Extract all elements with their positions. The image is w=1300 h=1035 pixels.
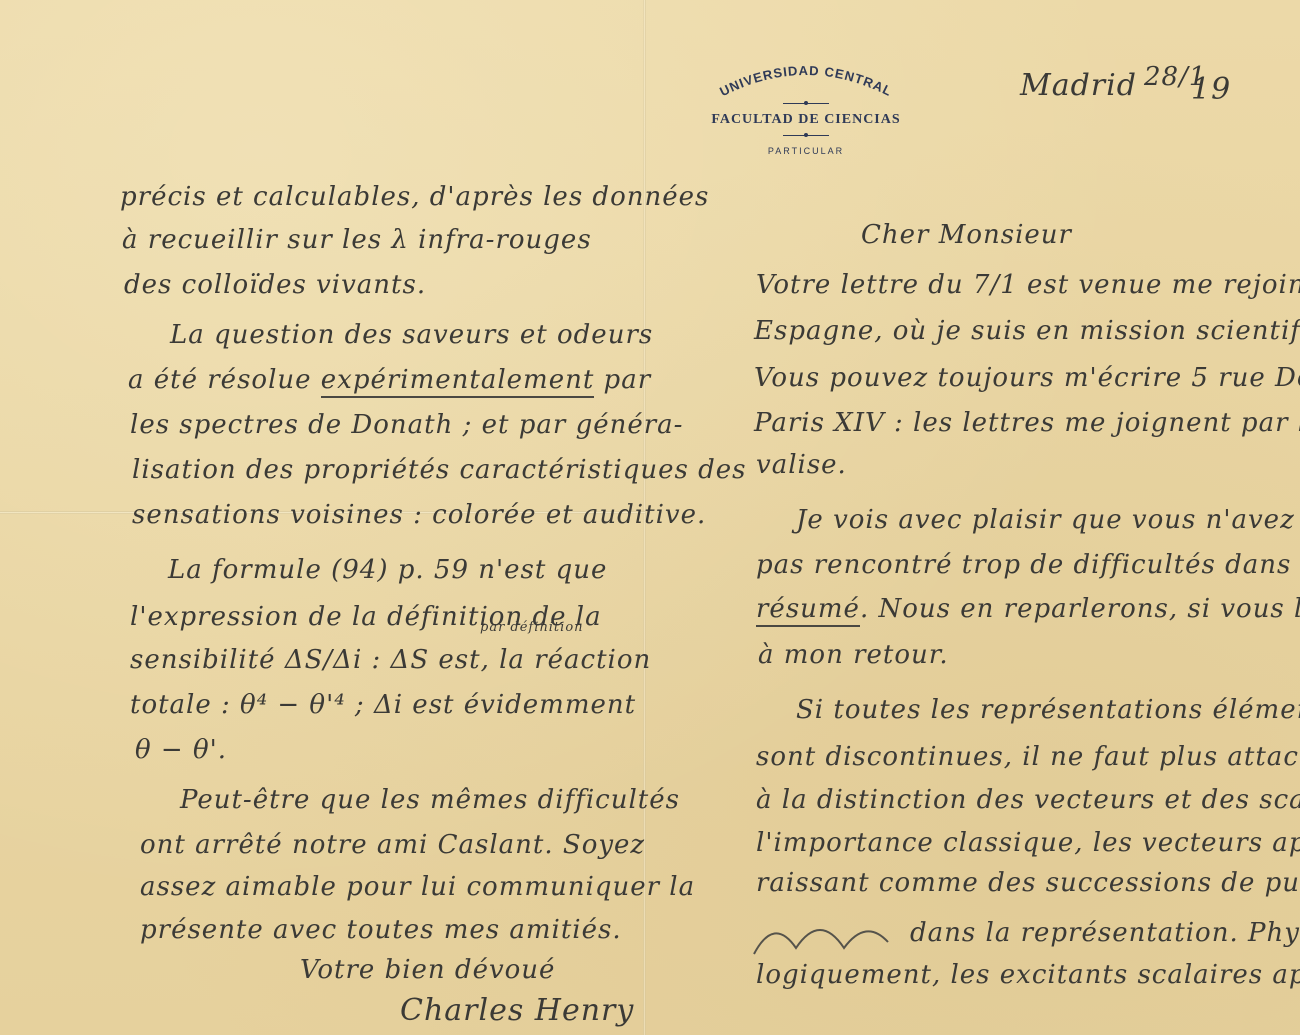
pulsation-arcs-sketch xyxy=(752,918,892,958)
dateline-year: 19 xyxy=(1191,72,1231,107)
left-line-11: sensibilité ΔS/Δi : ΔS est, la réaction xyxy=(130,645,651,675)
salutation: Cher Monsieur xyxy=(861,220,1072,250)
right-page: UNIVERSIDAD CENTRAL FACULTAD DE CIENCIAS… xyxy=(646,0,1300,1035)
right-line-8: résumé. Nous en reparlerons, si vous le … xyxy=(756,594,1300,624)
left-line-5-start: a été résolue xyxy=(128,365,321,395)
left-line-17: présente avec toutes mes amitiés. xyxy=(140,915,622,945)
right-line-3: Vous pouvez toujours m'écrire 5 rue Dela… xyxy=(754,363,1300,393)
right-line-12: à la distinction des vecteurs et des sca… xyxy=(756,785,1300,815)
right-line-16: logiquement, les excitants scalaires app… xyxy=(756,960,1300,990)
left-line-16: assez aimable pour lui communiquer la xyxy=(140,872,695,902)
right-line-5: valise. xyxy=(756,450,847,480)
right-line-8-end: . Nous en reparlerons, si vous le voulez… xyxy=(860,594,1300,624)
left-line-4: La question des saveurs et odeurs xyxy=(170,320,653,350)
left-line-5-end: par xyxy=(594,365,651,395)
right-line-13: l'importance classique, les vecteurs app… xyxy=(756,828,1300,858)
left-line-12: totale : θ⁴ − θ'⁴ ; Δi est évidemment xyxy=(130,690,636,720)
left-line-15: ont arrêté notre ami Caslant. Soyez xyxy=(140,830,645,860)
left-page: précis et calculables, d'après les donné… xyxy=(0,0,643,1035)
left-line-6: les spectres de Donath ; et par généra- xyxy=(130,410,683,440)
letterhead-faculty: FACULTAD DE CIENCIAS xyxy=(706,112,906,128)
letterhead-note: PARTICULAR xyxy=(706,146,906,156)
dateline-place: Madrid xyxy=(1020,68,1137,103)
signature: Charles Henry xyxy=(400,993,634,1028)
letter-sheet: précis et calculables, d'après les donné… xyxy=(0,0,1300,1035)
underlined-word-experimentalement: expérimentalement xyxy=(321,365,595,398)
interlinear-note: par définition xyxy=(480,620,584,635)
left-line-14: Peut-être que les mêmes difficultés xyxy=(180,785,680,815)
left-line-9: La formule (94) p. 59 n'est que xyxy=(168,555,607,585)
closing: Votre bien dévoué xyxy=(300,955,555,985)
svg-text:UNIVERSIDAD CENTRAL: UNIVERSIDAD CENTRAL xyxy=(717,63,895,99)
right-line-9: à mon retour. xyxy=(758,640,949,670)
right-line-15: dans la représentation. Physio- xyxy=(910,918,1300,948)
right-line-7: pas rencontré trop de difficultés dans c… xyxy=(756,550,1300,580)
left-line-5: a été résolue expérimentalement par xyxy=(128,365,651,395)
letterhead: UNIVERSIDAD CENTRAL FACULTAD DE CIENCIAS… xyxy=(706,60,906,156)
right-line-11: sont discontinues, il ne faut plus attac… xyxy=(756,742,1300,772)
left-line-1: précis et calculables, d'après les donné… xyxy=(120,182,709,212)
right-line-10: Si toutes les représentations élémentair… xyxy=(796,695,1300,725)
right-line-6: Je vois avec plaisir que vous n'avez xyxy=(796,505,1295,535)
right-line-2: Espagne, où je suis en mission scientifi… xyxy=(754,316,1300,346)
letterhead-rule-1 xyxy=(783,100,829,106)
right-line-14: raissant comme des successions de pulsat… xyxy=(756,868,1300,898)
underlined-word-resume: résumé xyxy=(756,594,860,627)
left-line-8: sensations voisines : colorée et auditiv… xyxy=(132,500,706,530)
left-line-2: à recueillir sur les λ infra-rouges xyxy=(122,225,592,255)
right-line-4: Paris XIV : les lettres me joignent par … xyxy=(754,408,1300,438)
letterhead-rule-2 xyxy=(783,132,829,138)
right-line-1: Votre lettre du 7/1 est venue me rejoind… xyxy=(756,270,1300,300)
left-line-3: des colloïdes vivants. xyxy=(124,270,426,300)
left-line-13: θ − θ'. xyxy=(135,735,227,765)
letterhead-institution: UNIVERSIDAD CENTRAL xyxy=(706,60,906,96)
